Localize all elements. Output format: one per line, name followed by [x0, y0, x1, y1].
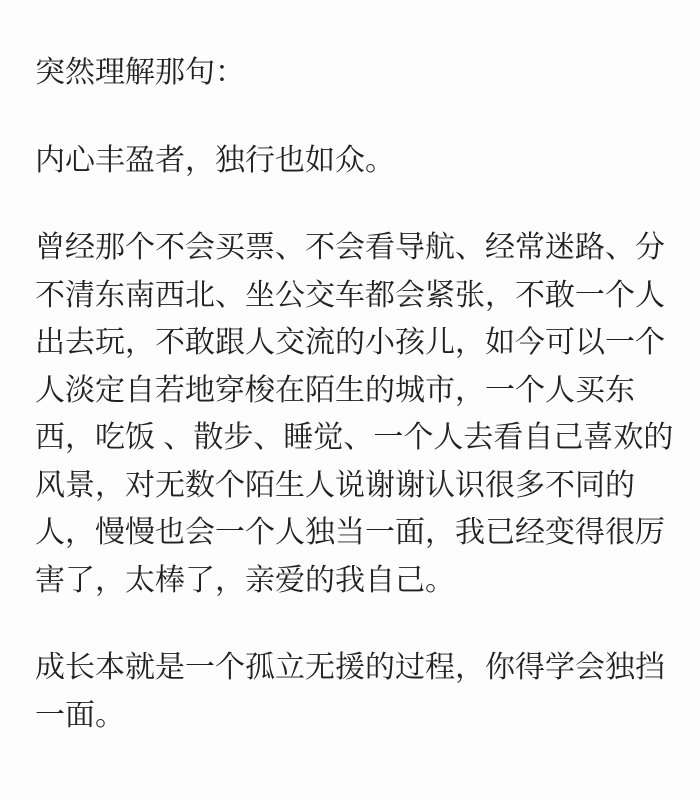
paragraph-closing: 成长本就是一个孤立无援的过程，你得学会独挡 一面。 — [35, 644, 670, 739]
text-line: 人，慢慢也会一个人独当一面，我已经变得很厉 — [35, 509, 670, 557]
text-line: 一面。 — [35, 692, 670, 740]
text-line: 风景，对无数个陌生人说谢谢认识很多不同的 — [35, 462, 670, 510]
text-line: 内心丰盈者，独行也如众。 — [35, 137, 670, 185]
text-line: 西，吃饭 、散步、睡觉、一个人去看自己喜欢的 — [35, 414, 670, 462]
paragraph-intro: 突然理解那句： — [35, 49, 670, 97]
text-line: 不清东南西北、坐公交车都会紧张，不敢一个人 — [35, 272, 670, 320]
text-line: 曾经那个不会买票、不会看导航、经常迷路、分 — [35, 224, 670, 272]
text-line: 突然理解那句： — [35, 49, 670, 97]
text-line: 成长本就是一个孤立无援的过程，你得学会独挡 — [35, 644, 670, 692]
paragraph-quote: 内心丰盈者，独行也如众。 — [35, 137, 670, 185]
text-line: 人淡定自若地穿梭在陌生的城市，一个人买东 — [35, 367, 670, 415]
text-line: 害了，太棒了，亲爱的我自己。 — [35, 557, 670, 605]
quote-page: 突然理解那句： 内心丰盈者，独行也如众。 曾经那个不会买票、不会看导航、经常迷路… — [0, 0, 700, 800]
paragraph-body: 曾经那个不会买票、不会看导航、经常迷路、分 不清东南西北、坐公交车都会紧张，不敢… — [35, 224, 670, 604]
text-line: 出去玩，不敢跟人交流的小孩儿，如今可以一个 — [35, 319, 670, 367]
